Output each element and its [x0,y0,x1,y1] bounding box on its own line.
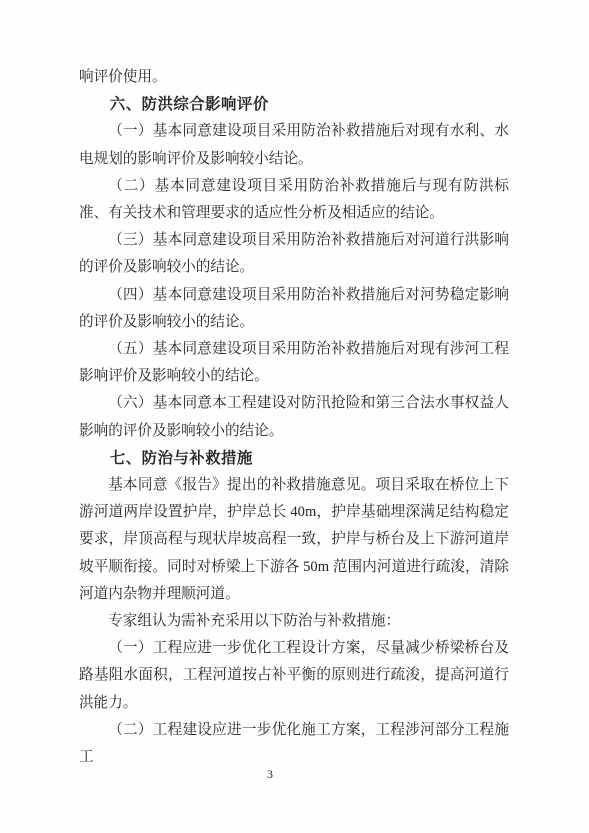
paragraph-expert-opinion-lead: 专家组认为需补充采用以下防治与补救措施： [79,608,509,635]
continued-paragraph: 响评价使用。 [79,64,509,91]
paragraph-item-4: （四）基本同意建设项目采用防治补救措施后对河势稳定影响的评价及影响较小的结论。 [79,282,509,336]
paragraph-item-6: （六）基本同意本工程建设对防汛抢险和第三合法水事权益人影响的评价及影响较小的结论… [79,390,509,444]
paragraph-item-5: （五）基本同意建设项目采用防治补救措施后对现有涉河工程影响评价及影响较小的结论。 [79,336,509,390]
paragraph-item-2: （二）基本同意建设项目采用防治补救措施后与现有防洪标准、有关技术和管理要求的适应… [79,173,509,227]
paragraph-measure-1: （一）工程应进一步优化工程设计方案，尽量减少桥梁桥台及路基阻水面积，工程河道按占… [79,635,509,717]
paragraph-measure-2: （二）工程建设应进一步优化施工方案，工程涉河部分工程施工 [79,717,509,771]
section-heading-remedial-measures: 七、防治与补救措施 [79,445,509,472]
paragraph-remedial-overview: 基本同意《报告》提出的补救措施意见。项目采取在桥位上下游河道两岸设置护岸，护岸总… [79,472,509,608]
page-number: 3 [0,766,540,782]
document-page: 响评价使用。 六、防洪综合影响评价 （一）基本同意建设项目采用防治补救措施后对现… [0,0,589,833]
document-body: 响评价使用。 六、防洪综合影响评价 （一）基本同意建设项目采用防治补救措施后对现… [79,64,509,771]
paragraph-item-3: （三）基本同意建设项目采用防治补救措施后对河道行洪影响的评价及影响较小的结论。 [79,227,509,281]
section-heading-flood-impact-evaluation: 六、防洪综合影响评价 [79,91,509,118]
paragraph-item-1: （一）基本同意建设项目采用防治补救措施后对现有水利、水电规划的影响评价及影响较小… [79,118,509,172]
